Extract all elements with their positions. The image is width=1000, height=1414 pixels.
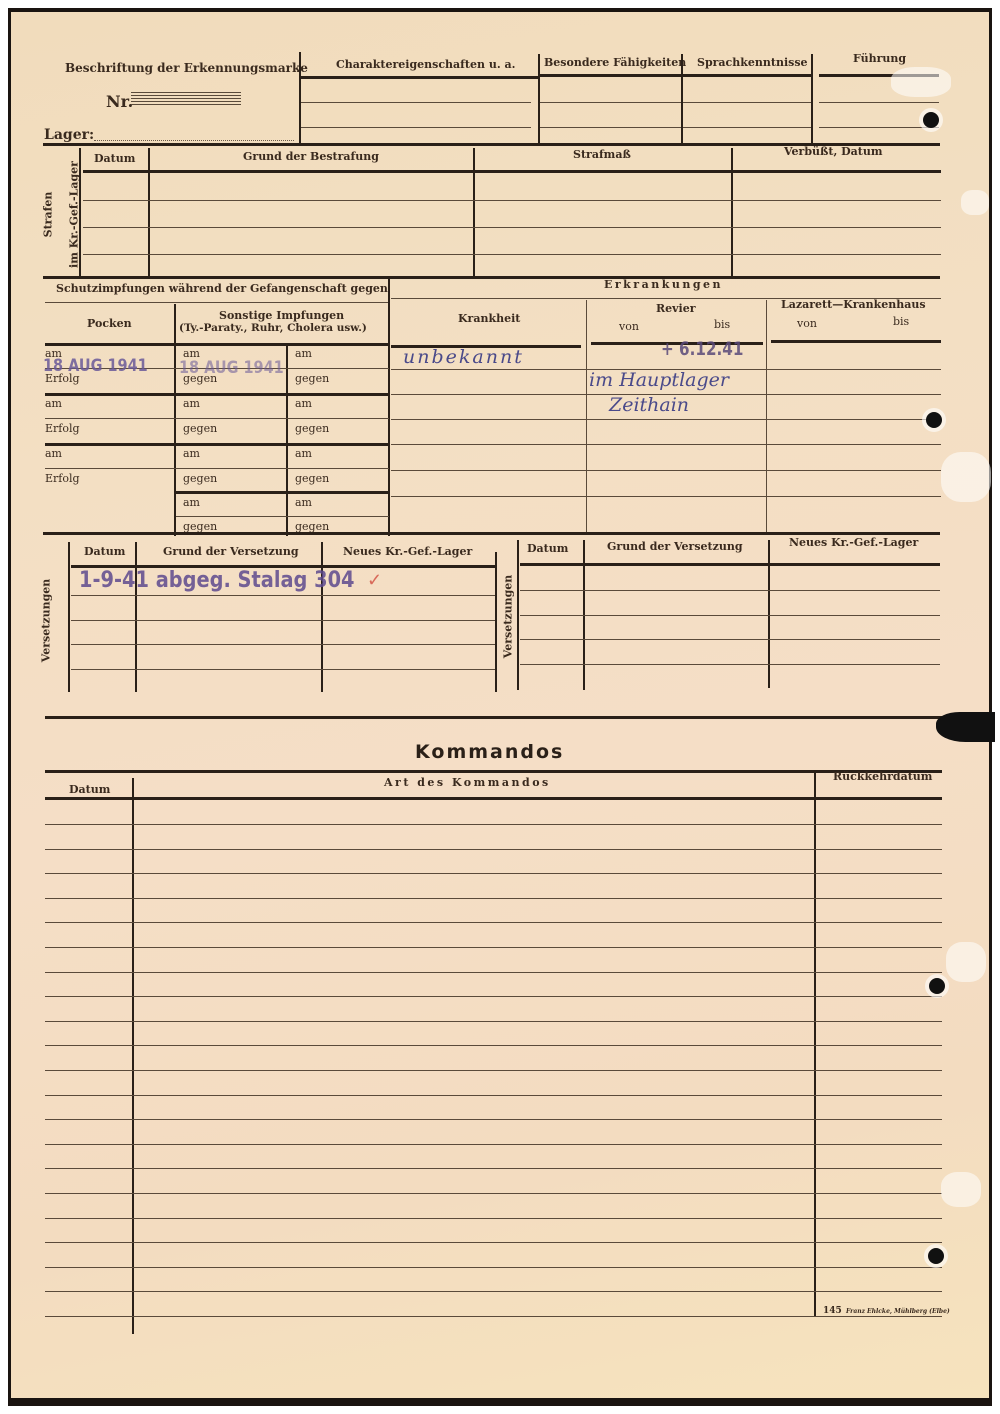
vaccination-date-stamp-1: 18 AUG 1941 xyxy=(43,356,148,376)
kommando-col-rueckkehr: Rückkehrdatum xyxy=(833,770,932,783)
punch-hole-icon xyxy=(928,1248,944,1264)
table-row xyxy=(45,1316,942,1317)
rule xyxy=(819,127,939,128)
punch-hole-icon xyxy=(926,412,942,428)
table-row xyxy=(45,1267,942,1268)
row-rule xyxy=(176,491,389,494)
other1-am-4: am xyxy=(183,496,200,509)
other1-am-3: am xyxy=(183,447,200,460)
pocken-erfolg-3: Erfolg xyxy=(45,472,80,485)
table-row xyxy=(391,419,941,420)
vaccination-date-stamp-2: 18 AUG 1941 xyxy=(179,358,284,378)
table-row xyxy=(45,1168,942,1169)
table-row xyxy=(45,1144,942,1145)
transfer-col-datum-right: Datum xyxy=(527,542,568,555)
other-vacc-label-1: Sonstige Impfungen xyxy=(219,309,344,322)
kommando-col-datum: Datum xyxy=(69,783,110,796)
divider xyxy=(388,278,390,536)
table-row xyxy=(71,669,495,670)
table-row xyxy=(45,1119,942,1120)
table-row xyxy=(176,516,389,517)
languages-label: Sprachkenntnisse xyxy=(697,56,808,69)
rule xyxy=(540,127,682,128)
kommando-col-art: Art des Kommandos xyxy=(384,776,551,789)
divider xyxy=(517,540,519,690)
other2-gegen-2: gegen xyxy=(295,422,329,435)
table-row xyxy=(83,254,941,255)
table-row xyxy=(391,444,941,445)
divider xyxy=(68,542,70,692)
table-row xyxy=(45,1021,942,1022)
divider xyxy=(132,778,134,1334)
other2-gegen-3: gegen xyxy=(295,472,329,485)
revier-bis: bis xyxy=(714,318,730,331)
divider xyxy=(79,148,81,276)
pocken-label: Pocken xyxy=(87,317,132,330)
header-rule xyxy=(45,797,942,800)
table-row xyxy=(391,470,941,471)
table-row xyxy=(45,1193,942,1194)
revier-bis-value: + 6.12.41 xyxy=(661,338,743,360)
divider xyxy=(148,148,150,276)
col-verbuesst: Verbüßt, Datum xyxy=(784,145,883,158)
other-vacc-label-2: (Ty.-Paraty., Ruhr, Cholera usw.) xyxy=(179,322,367,334)
rule xyxy=(540,102,682,103)
other2-am-1: am xyxy=(295,347,312,360)
divider xyxy=(731,148,733,276)
vaccinations-title: Schutzimpfungen während der Gefangenscha… xyxy=(56,282,388,295)
pocken-erfolg-2: Erfolg xyxy=(45,422,80,435)
tear-mark xyxy=(961,190,989,215)
divider xyxy=(814,770,816,1316)
torn-edge-icon xyxy=(936,712,995,742)
header-rule xyxy=(520,563,940,566)
pocken-am-3: am xyxy=(45,447,62,460)
table-row xyxy=(45,898,942,899)
conduct-label: Führung xyxy=(853,52,906,65)
punishments-side-label-1: Strafen xyxy=(42,170,55,260)
table-row xyxy=(45,947,942,948)
row-rule xyxy=(45,393,389,396)
transfer-col-datum-left: Datum xyxy=(84,545,125,558)
tear-mark xyxy=(941,1172,981,1207)
lazarett-von: von xyxy=(797,317,817,330)
rule xyxy=(301,76,539,79)
pocken-am-2: am xyxy=(45,397,62,410)
transfers-side-label-right: Versetzungen xyxy=(502,572,515,662)
transfer-col-lager-right: Neues Kr.-Gef.-Lager xyxy=(789,536,918,549)
row-rule xyxy=(45,443,389,446)
section-rule xyxy=(45,716,945,719)
other1-gegen-3: gegen xyxy=(183,472,217,485)
divider xyxy=(299,52,301,144)
tear-mark xyxy=(946,942,986,982)
other2-am-2: am xyxy=(295,397,312,410)
rule xyxy=(301,127,531,128)
other2-gegen-1: gegen xyxy=(295,372,329,385)
table-row xyxy=(520,590,940,591)
section-rule xyxy=(43,276,940,279)
section-rule xyxy=(45,770,942,773)
table-row xyxy=(45,1045,942,1046)
table-row xyxy=(391,496,941,497)
revier-note-2: Zeithain xyxy=(609,394,689,416)
table-row xyxy=(45,922,942,923)
punch-hole-icon xyxy=(929,978,945,994)
col-strafmass: Strafmaß xyxy=(573,148,631,161)
table-row xyxy=(520,664,940,665)
printer-imprint: Franz Ehlcke, Mühlberg (Elbe) xyxy=(846,1308,950,1315)
rule xyxy=(683,102,811,103)
col-grund: Grund der Bestrafung xyxy=(243,150,379,163)
table-row xyxy=(71,644,495,645)
other2-am-4: am xyxy=(295,496,312,509)
rule xyxy=(819,102,939,103)
punch-hole-icon xyxy=(923,112,939,128)
rule xyxy=(540,74,682,77)
divider xyxy=(811,54,813,144)
table-row xyxy=(45,1242,942,1243)
revier-label: Revier xyxy=(656,302,696,315)
transfer-col-grund-right: Grund der Versetzung xyxy=(607,540,743,553)
table-row xyxy=(45,1218,942,1219)
table-row xyxy=(45,996,942,997)
table-row xyxy=(83,227,941,228)
rule xyxy=(683,74,811,77)
skills-label: Besondere Fähigkeiten xyxy=(544,56,686,69)
tear-mark xyxy=(941,452,991,502)
divider xyxy=(286,345,288,536)
nr-label: Nr. xyxy=(106,92,133,111)
illness-value: unbekannt xyxy=(403,346,524,368)
table-row xyxy=(45,468,389,469)
header-rule xyxy=(771,340,941,343)
illness-col-label: Krankheit xyxy=(458,312,520,325)
table-row xyxy=(45,849,942,850)
table-row xyxy=(520,615,940,616)
pow-registration-card: Beschriftung der Erkennungsmarke Nr. Lag… xyxy=(8,8,992,1406)
nr-field[interactable] xyxy=(131,92,241,106)
rule xyxy=(683,127,811,128)
kommandos-title: Kommandos xyxy=(415,741,564,763)
transfer-col-grund-left: Grund der Versetzung xyxy=(163,545,299,558)
divider xyxy=(538,54,540,144)
lager-label: Lager: xyxy=(44,127,94,143)
lazarett-label: Lazarett—Krankenhaus xyxy=(781,298,926,311)
revier-note-1: im Hauptlager xyxy=(589,369,729,391)
divider xyxy=(473,148,475,276)
revier-von: von xyxy=(619,320,639,333)
other1-am-2: am xyxy=(183,397,200,410)
table-row xyxy=(45,972,942,973)
table-row xyxy=(45,418,389,419)
divider xyxy=(495,552,497,692)
divider xyxy=(586,300,587,532)
table-row xyxy=(45,1291,942,1292)
other1-gegen-2: gegen xyxy=(183,422,217,435)
rule xyxy=(45,302,389,303)
header-rule xyxy=(83,170,941,173)
section-rule xyxy=(43,532,940,535)
table-row xyxy=(45,1095,942,1096)
table-row xyxy=(83,200,941,201)
other2-am-3: am xyxy=(295,447,312,460)
table-row xyxy=(71,620,495,621)
lazarett-bis: bis xyxy=(893,315,909,328)
divider xyxy=(174,304,176,536)
table-row xyxy=(45,873,942,874)
col-datum: Datum xyxy=(94,152,135,165)
table-row xyxy=(45,824,942,825)
transfer-stamp-entry: 1-9-41 abgeg. Stalag 304 xyxy=(79,568,355,593)
checkmark-icon: ✓ xyxy=(367,570,382,591)
tear-mark xyxy=(891,67,951,97)
transfers-side-label-left: Versetzungen xyxy=(40,576,53,666)
lager-field[interactable] xyxy=(94,140,294,141)
divider xyxy=(681,54,683,144)
character-label: Charaktereigenschaften u. a. xyxy=(336,58,515,71)
form-number: 145 xyxy=(823,1306,842,1316)
table-row xyxy=(45,1070,942,1071)
illnesses-title: Erkrankungen xyxy=(604,278,723,291)
transfer-col-lager-left: Neues Kr.-Gef.-Lager xyxy=(343,545,472,558)
divider xyxy=(766,300,767,532)
tag-label: Beschriftung der Erkennungsmarke xyxy=(65,61,308,75)
table-row xyxy=(71,595,495,596)
rule xyxy=(301,102,531,103)
table-row xyxy=(520,639,940,640)
header-rule xyxy=(45,343,389,346)
